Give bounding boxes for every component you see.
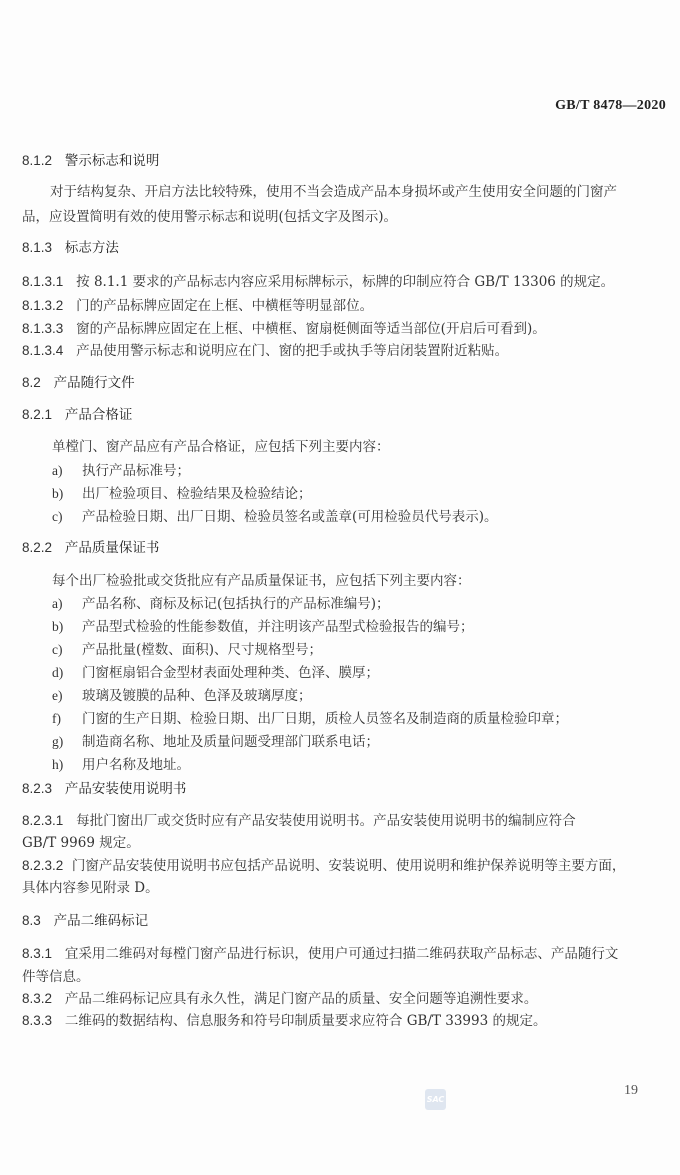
list-item: c)产品批量(樘数、面积)、尺寸规格型号；	[52, 638, 322, 658]
section-heading-8-1-2: 8.1.2 警示标志和说明	[22, 149, 159, 169]
section-heading-8-2-3: 8.2.3 产品安装使用说明书	[22, 777, 186, 797]
clause-8-2-3-1: 8.2.3.1 每批门窗出厂或交货时应有产品安装使用说明书。产品安装使用说明书的…	[22, 809, 576, 829]
paragraph-line: 具体内容参见附录 D。	[22, 876, 159, 896]
page-number: 19	[624, 1083, 638, 1099]
list-item: b)出厂检验项目、检验结果及检验结论；	[52, 482, 312, 502]
clause-8-2-3-2: 8.2.3.2 门窗产品安装使用说明书应包括产品说明、安装说明、使用说明和维护保…	[22, 854, 625, 874]
clause-8-3-3: 8.3.3 二维码的数据结构、信息服务和符号印制质量要求应符合 GB/T 339…	[22, 1009, 546, 1029]
paragraph-line: 对于结构复杂、开启方法比较特殊，使用不当会造成产品本身损坏或产生使用安全问题的门…	[50, 180, 617, 200]
paragraph-line: GB/T 9969 规定。	[22, 831, 140, 851]
list-item: d)门窗框扇铝合金型材表面处理种类、色泽、膜厚；	[52, 661, 379, 681]
list-item: a)执行产品标准号；	[52, 459, 190, 479]
list-item: b)产品型式检验的性能参数值，并注明该产品型式检验报告的编号；	[52, 615, 474, 635]
document-page: GB/T 8478—2020 8.1.2 警示标志和说明 对于结构复杂、开启方法…	[0, 0, 680, 1175]
standard-code: GB/T 8478—2020	[555, 98, 666, 114]
clause-8-1-3-2: 8.1.3.2 门的产品标牌应固定在上框、中横框等明显部位。	[22, 294, 373, 314]
paragraph-line: 品，应设置简明有效的使用警示标志和说明(包括文字及图示)。	[22, 205, 397, 225]
section-heading-8-1-3: 8.1.3 标志方法	[22, 236, 119, 256]
clause-8-1-3-3: 8.1.3.3 窗的产品标牌应固定在上框、中横框、窗扇梃侧面等适当部位(开启后可…	[22, 317, 546, 337]
sac-logo-icon: SAC	[425, 1089, 446, 1110]
list-item: c)产品检验日期、出厂日期、检验员签名或盖章(可用检验员代号表示)。	[52, 505, 498, 525]
paragraph-line: 件等信息。	[22, 965, 90, 985]
clause-8-1-3-1: 8.1.3.1 按 8.1.1 要求的产品标志内容应采用标牌标示，标牌的印制应符…	[22, 270, 614, 290]
clause-8-3-2: 8.3.2 产品二维码标记应具有永久性，满足门窗产品的质量、安全问题等追溯性要求…	[22, 987, 537, 1007]
list-item: f)门窗的生产日期、检验日期、出厂日期，质检人员签名及制造商的质量检验印章；	[52, 707, 568, 727]
list-intro: 单樘门、窗产品应有产品合格证，应包括下列主要内容：	[52, 435, 390, 455]
list-intro: 每个出厂检验批或交货批应有产品质量保证书，应包括下列主要内容：	[52, 569, 471, 589]
section-heading-8-2-2: 8.2.2 产品质量保证书	[22, 536, 159, 556]
clause-8-3-1: 8.3.1 宜采用二维码对每樘门窗产品进行标识，使用户可通过扫描二维码获取产品标…	[22, 942, 618, 962]
section-heading-8-3: 8.3 产品二维码标记	[22, 909, 148, 929]
list-item: a)产品名称、商标及标记(包括执行的产品标准编号)；	[52, 592, 390, 612]
list-item: e)玻璃及镀膜的品种、色泽及玻璃厚度；	[52, 684, 312, 704]
section-heading-8-2-1: 8.2.1 产品合格证	[22, 403, 132, 423]
list-item: h)用户名称及地址。	[52, 753, 190, 773]
section-heading-8-2: 8.2 产品随行文件	[22, 371, 135, 391]
clause-8-1-3-4: 8.1.3.4 产品使用警示标志和说明应在门、窗的把手或执手等启闭装置附近粘贴。	[22, 339, 508, 359]
list-item: g)制造商名称、地址及质量问题受理部门联系电话；	[52, 730, 379, 750]
